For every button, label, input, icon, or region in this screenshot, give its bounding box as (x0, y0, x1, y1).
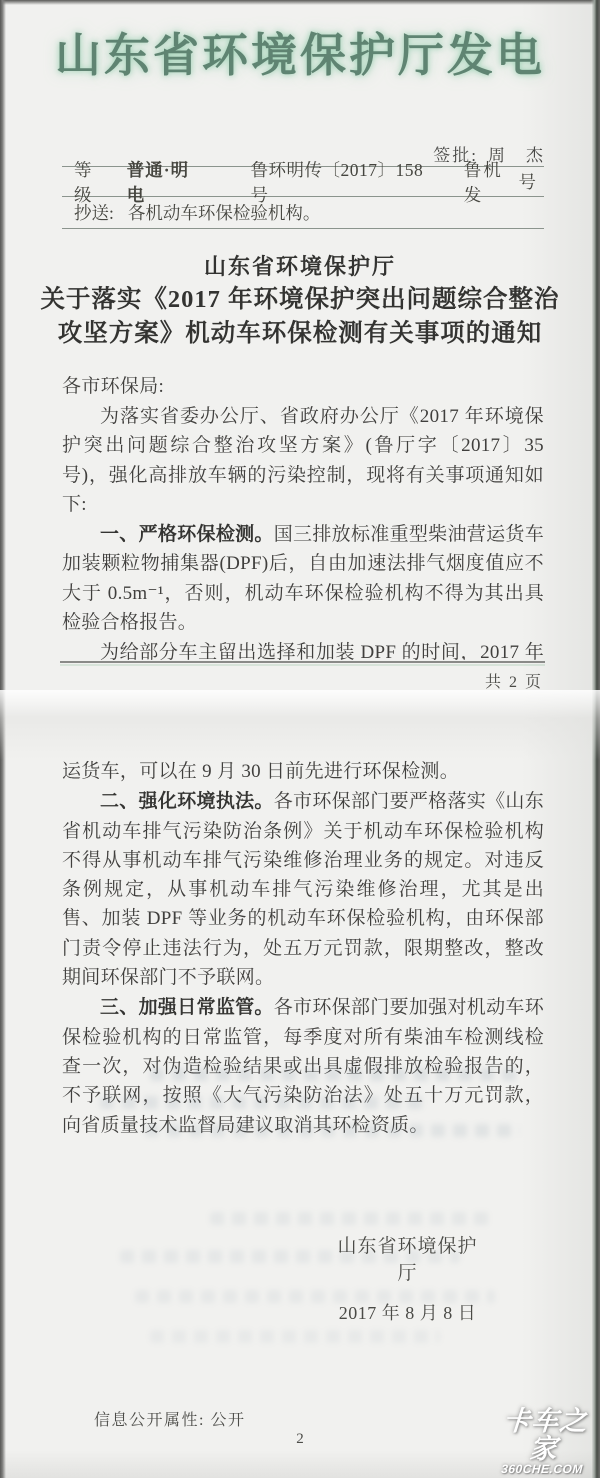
page2-body: 运货车，可以在 9 月 30 日前先进行环保检测。 二、强化环境执法。各市环保部… (62, 757, 544, 1157)
document-title: 山东省环境保护厅 关于落实《2017 年环境保护突出问题综合整治 攻坚方案》机动… (0, 251, 600, 351)
item2-paragraph: 二、强化环境执法。各市环保部门要严格落实《山东省机动车排气污染防治条例》关于机动… (62, 787, 544, 992)
cc-label: 抄送: (74, 200, 114, 225)
item2-text: 各市环保部门要严格落实《山东省机动车排气污染防治条例》关于机动车环保检验机构不得… (62, 791, 544, 988)
document-number: 鲁环明传〔2017〕158 号 (251, 157, 434, 207)
document-title-line1: 山东省环境保护厅 (0, 251, 600, 283)
item1-paragraph: 一、严格环保检测。国三排放标准重型柴油营运货车加装颗粒物捕集器(DPF)后，自由… (62, 520, 544, 638)
photo-edge-left (0, 0, 6, 1478)
document-photo: 山东省环境保护厅发电 签批:周 杰 等级 普通·明电 鲁环明传〔2017〕158… (0, 0, 600, 1478)
intro-paragraph: 为落实省委办公厅、省政府办公厅《2017 年环境保护突出问题综合整治攻坚方案》(… (62, 402, 544, 520)
site-watermark: 卡车之家 360CHE.COM (488, 1407, 600, 1476)
page1-body: 各市环保局: 为落实省委办公厅、省政府办公厅《2017 年环境保护突出问题综合整… (62, 372, 544, 660)
ref-number-suffix: 号 (519, 169, 537, 194)
meta-table: 等级 普通·明电 鲁环明传〔2017〕158 号 鲁机发 号 抄送: 各机动车环… (62, 166, 544, 229)
item3-heading: 三、加强日常监管。 (100, 997, 274, 1018)
signature-org: 山东省环境保护厅 (330, 1231, 485, 1285)
signature-block: 山东省环境保护厅 2017 年 8 月 8 日 (330, 1231, 485, 1325)
cc-value: 各机动车环保检验机构。 (128, 200, 321, 225)
photo-edge-top (0, 0, 600, 5)
document-title-line2: 关于落实《2017 年环境保护突出问题综合整治 (0, 283, 600, 317)
ref-number-prefix: 鲁机发 (464, 157, 519, 207)
meta-row-grade: 等级 普通·明电 鲁环明传〔2017〕158 号 鲁机发 号 (62, 166, 544, 196)
item3-paragraph: 三、加强日常监管。各市环保部门要加强对机动车环保检验机构的日常监管，每季度对所有… (62, 993, 544, 1139)
total-pages-label: 共 2 页 (485, 669, 543, 692)
grade-label: 等级 (74, 157, 107, 207)
item2-heading: 二、强化环境执法。 (100, 791, 274, 812)
photo-edge-right (591, 0, 600, 1478)
watermark-logo-text: 卡车之家 (488, 1407, 600, 1463)
item1-heading: 一、严格环保检测。 (100, 524, 274, 545)
page1-footer-rule (60, 661, 545, 663)
salutation: 各市环保局: (62, 372, 544, 402)
bleed-through-smudge (150, 1330, 440, 1343)
bleed-through-smudge (210, 1212, 490, 1225)
document-title-line3: 攻坚方案》机动车环保检测有关事项的通知 (0, 317, 600, 351)
grade-value: 普通·明电 (127, 157, 203, 207)
disclosure-line: 信息公开属性: 公开 (94, 1407, 245, 1430)
watermark-url: 360CHE.COM (488, 1463, 597, 1476)
item1-note-paragraph: 为给部分车主留出选择和加装 DPF 的时间，2017 年 8 月、9 月应当进行… (62, 638, 544, 661)
page-break-band (0, 690, 600, 760)
telegram-masthead: 山东省环境保护厅发电 (0, 18, 600, 94)
continuation-line: 运货车，可以在 9 月 30 日前先进行环保检测。 (62, 757, 544, 786)
signature-date: 2017 年 8 月 8 日 (330, 1299, 485, 1325)
